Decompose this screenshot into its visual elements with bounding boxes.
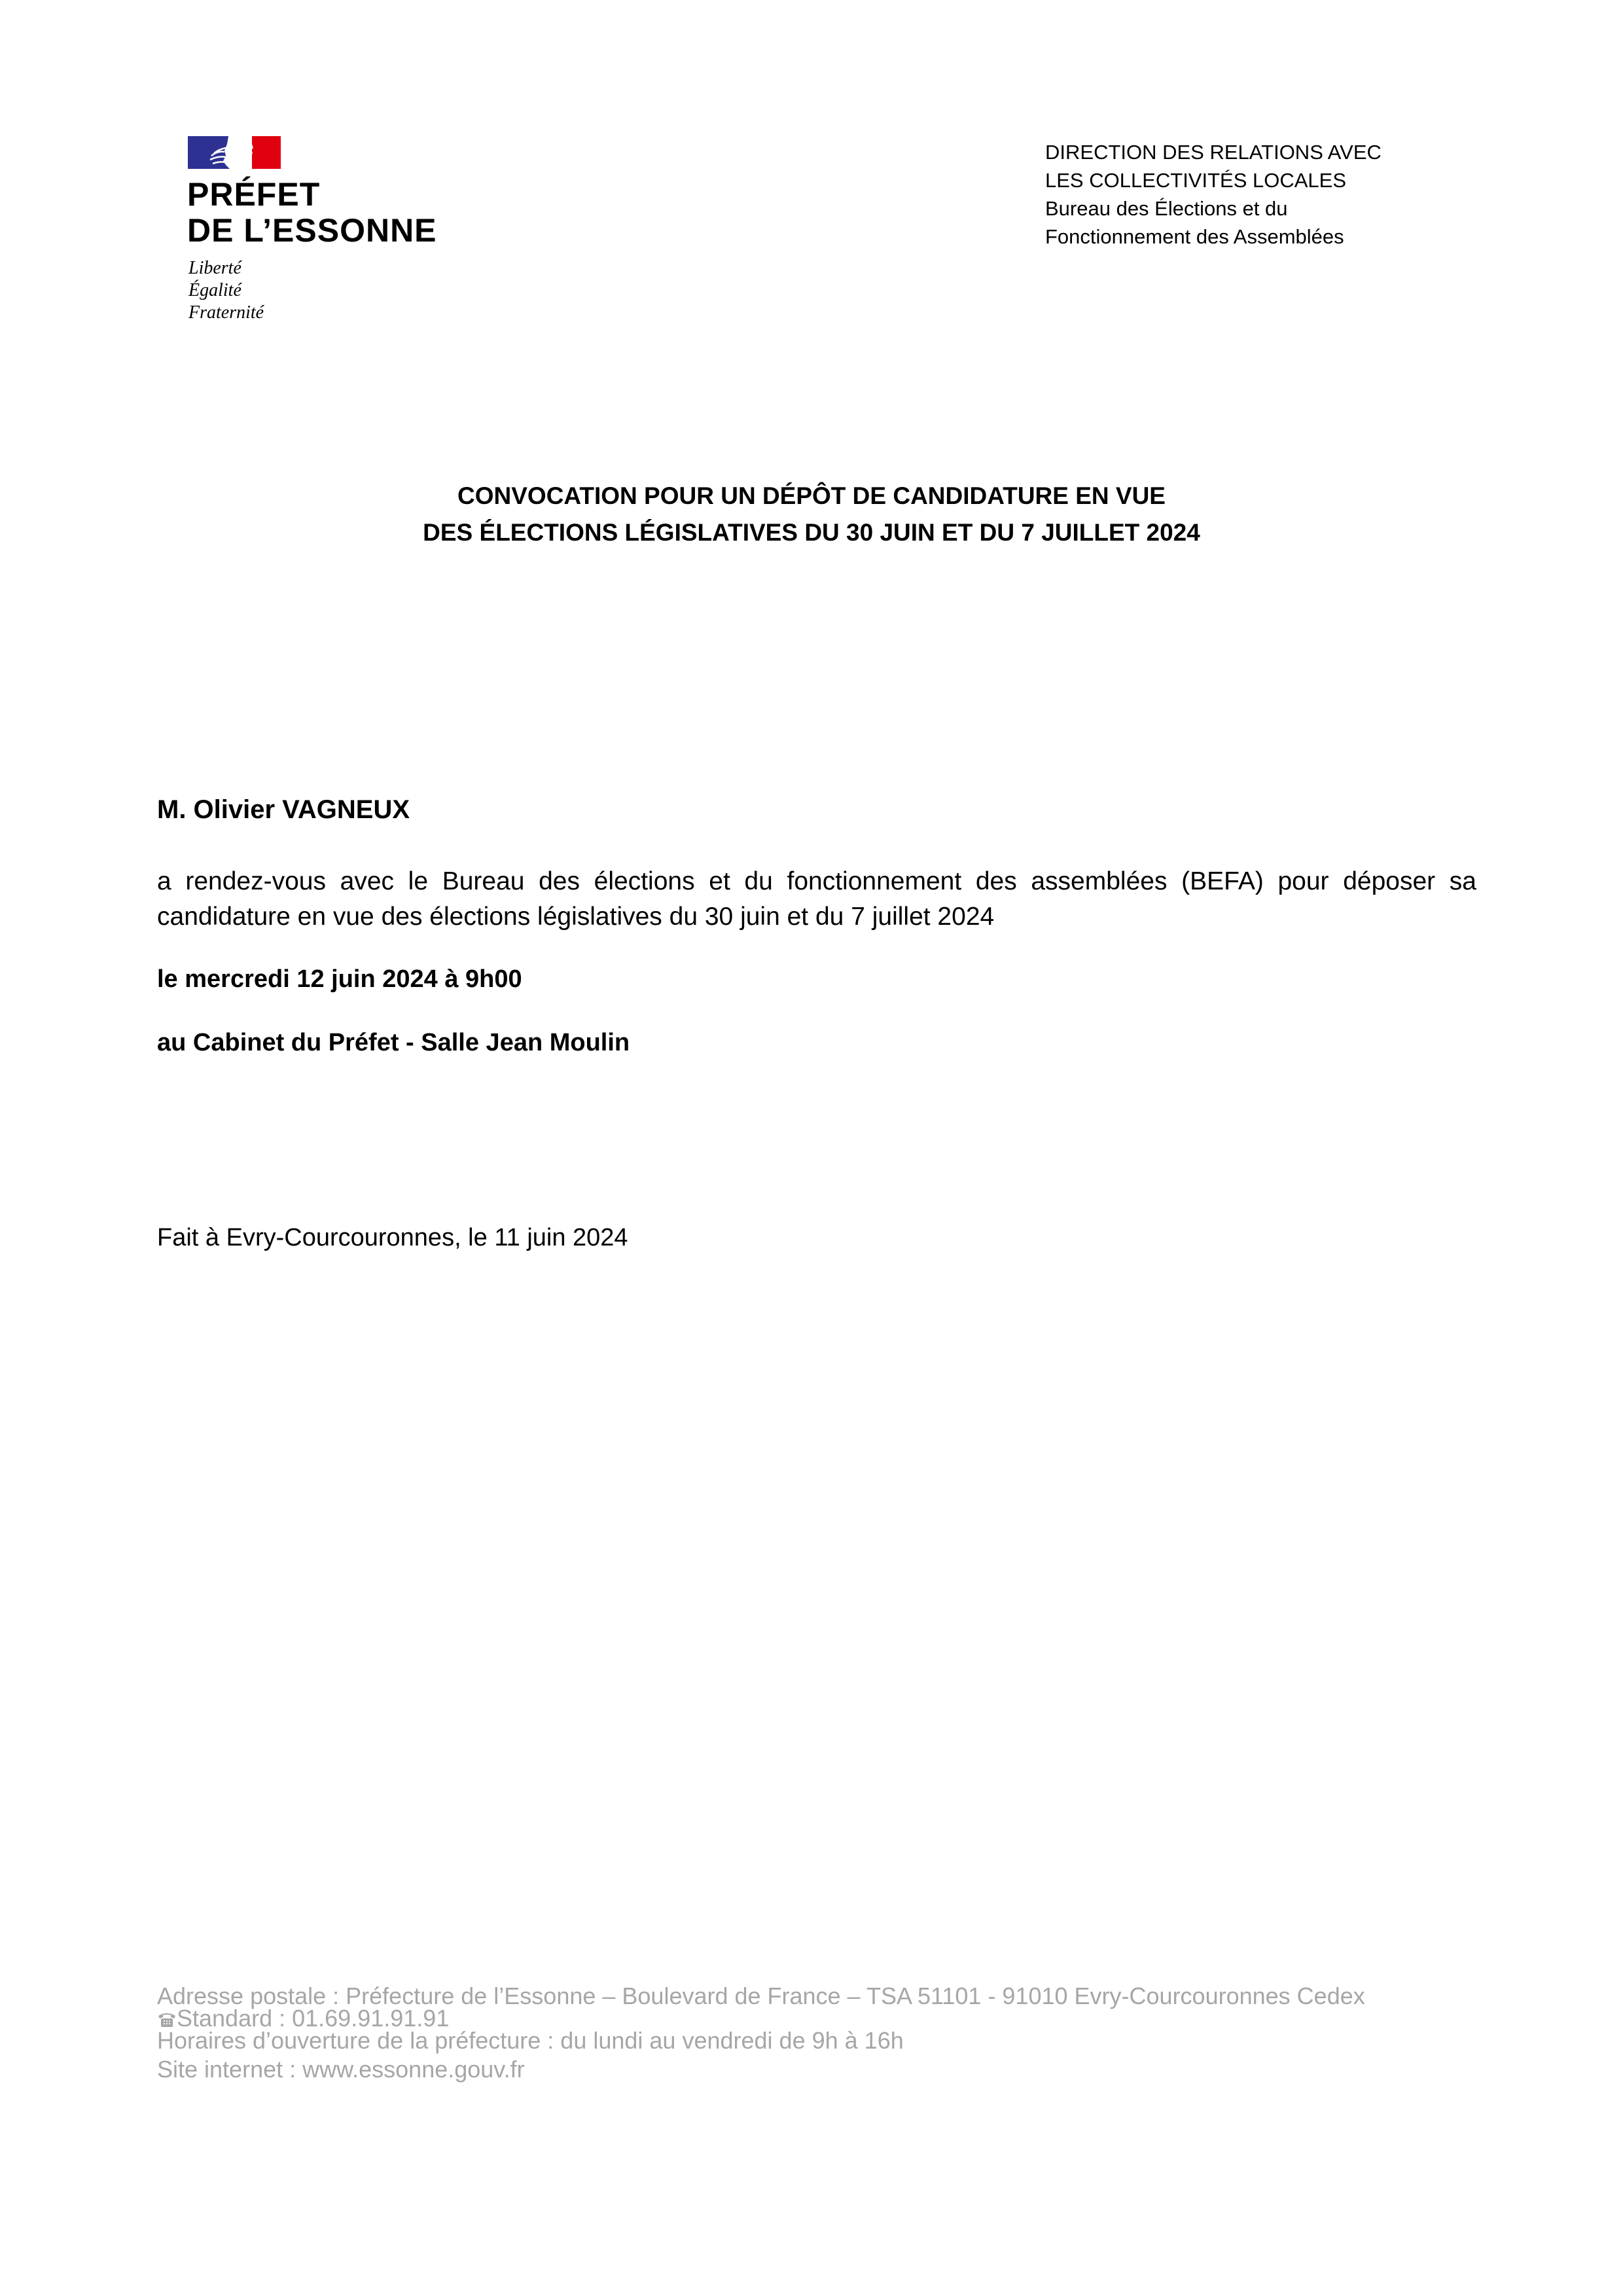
logo-title-line-1: PRÉFET — [187, 177, 437, 213]
document-title-line-2: DES ÉLECTIONS LÉGISLATIVES DU 30 JUIN ET… — [0, 514, 1623, 551]
appointment-place: au Cabinet du Préfet - Salle Jean Moulin — [157, 1029, 630, 1057]
document-title-line-1: CONVOCATION POUR UN DÉPÔT DE CANDIDATURE… — [0, 478, 1623, 514]
republic-motto: Liberté Égalité Fraternité — [188, 257, 264, 324]
logo-title-line-2: DE L’ESSONNE — [187, 213, 437, 249]
motto-liberte: Liberté — [188, 257, 264, 279]
motto-egalite: Égalité — [188, 279, 264, 302]
footer-website[interactable]: Site internet : www.essonne.gouv.fr — [157, 2058, 1365, 2081]
motto-fraternite: Fraternité — [188, 302, 264, 324]
document-title: CONVOCATION POUR UN DÉPÔT DE CANDIDATURE… — [0, 478, 1623, 551]
service-line: LES COLLECTIVITÉS LOCALES — [1045, 166, 1382, 194]
place-and-date-of-issue: Fait à Evry-Courcouronnes, le 11 juin 20… — [157, 1224, 628, 1252]
service-line: DIRECTION DES RELATIONS AVEC — [1045, 138, 1382, 166]
service-line: Fonctionnement des Assemblées — [1045, 223, 1382, 251]
convocation-body: a rendez-vous avec le Bureau des électio… — [157, 864, 1476, 935]
service-line: Bureau des Élections et du — [1045, 194, 1382, 223]
footer: Adresse postale : Préfecture de l’Essonn… — [157, 1985, 1365, 2081]
marianne-flag-logo — [188, 136, 281, 169]
footer-hours: Horaires d’ouverture de la préfecture : … — [157, 2030, 1365, 2052]
footer-phone-line: Standard : 01.69.91.91.91 — [157, 2007, 1365, 2030]
appointment-date: le mercredi 12 juin 2024 à 9h00 — [157, 965, 522, 994]
telephone-icon — [157, 2011, 177, 2028]
footer-address: Adresse postale : Préfecture de l’Essonn… — [157, 1985, 1365, 2007]
issuing-service: DIRECTION DES RELATIONS AVEC LES COLLECT… — [1045, 138, 1382, 251]
prefecture-logo-title: PRÉFET DE L’ESSONNE — [187, 177, 437, 249]
recipient-name: M. Olivier VAGNEUX — [157, 795, 410, 825]
